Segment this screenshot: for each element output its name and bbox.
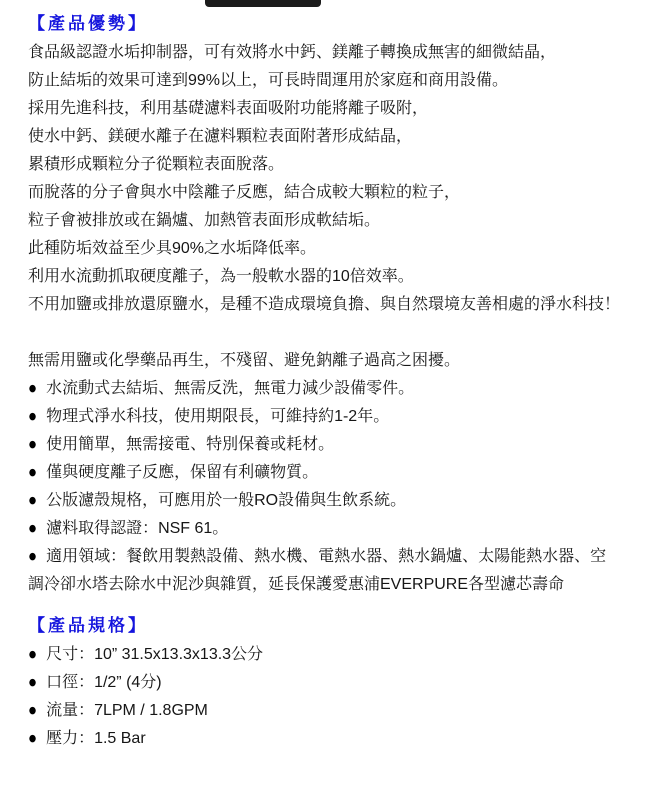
advantages-header: 【產品優勢】 [28, 9, 626, 39]
specs-bullet-list: ●尺寸：10” 31.5x13.3x13.3公分 ●口徑：1/2” (4分) ●… [28, 641, 626, 753]
bullet-icon: ● [28, 543, 37, 571]
text-line: 而脫落的分子會與水中陰離子反應，結合成較大顆粒的粒子， [28, 179, 626, 207]
bullet-text: 濾料取得認證：NSF 61。 [46, 520, 228, 537]
list-item: ●公版濾殼規格，可應用於一般RO設備與生飲系統。 [28, 487, 626, 515]
text-line: 使水中鈣、鎂硬水離子在濾料顆粒表面附著形成結晶， [28, 123, 626, 151]
text-line: 防止結垢的效果可達到99%以上，可長時間運用於家庭和商用設備。 [28, 67, 626, 95]
bullet-icon: ● [28, 459, 37, 487]
bullet-text: 使用簡單，無需接電、特別保養或耗材。 [46, 436, 334, 453]
bullet-icon: ● [28, 641, 37, 669]
text-line: 粒子會被排放或在鍋爐、加熱管表面形成軟結垢。 [28, 207, 626, 235]
regen-note-line: 無需用鹽或化學藥品再生，不殘留、避免鈉離子過高之困擾。 [28, 347, 626, 375]
text-line: 不用加鹽或排放還原鹽水，是種不造成環境負擔、與自然環境友善相處的淨水科技！ [28, 291, 626, 319]
bullet-icon: ● [28, 515, 37, 543]
bullet-text: 僅與硬度離子反應，保留有利礦物質。 [46, 464, 318, 481]
text-line: 食品級認證水垢抑制器，可有效將水中鈣、鎂離子轉換成無害的細微結晶， [28, 39, 626, 67]
product-description-page: 【產品優勢】 食品級認證水垢抑制器，可有效將水中鈣、鎂離子轉換成無害的細微結晶，… [0, 0, 650, 796]
spec-item: ●尺寸：10” 31.5x13.3x13.3公分 [28, 641, 626, 669]
bullet-icon: ● [28, 403, 37, 431]
spec-item: ●口徑：1/2” (4分) [28, 669, 626, 697]
list-item: ●僅與硬度離子反應，保留有利礦物質。 [28, 459, 626, 487]
list-item: ●適用領域：餐飲用製熱設備、熱水機、電熱水器、熱水鍋爐、太陽能熱水器、空 [28, 543, 626, 571]
advantages-paragraph: 食品級認證水垢抑制器，可有效將水中鈣、鎂離子轉換成無害的細微結晶， 防止結垢的效… [28, 39, 626, 319]
list-item: ●水流動式去結垢、無需反洗，無電力減少設備零件。 [28, 375, 626, 403]
spec-text: 口徑：1/2” (4分) [46, 674, 162, 691]
text-line: 利用水流動抓取硬度離子，為一般軟水器的10倍效率。 [28, 263, 626, 291]
specs-header: 【產品規格】 [28, 611, 626, 641]
bullet-icon: ● [28, 725, 37, 753]
spec-text: 流量：7LPM / 1.8GPM [46, 702, 208, 719]
bullet-icon: ● [28, 487, 37, 515]
text-line: 此種防垢效益至少具90%之水垢降低率。 [28, 235, 626, 263]
list-item: ●使用簡單，無需接電、特別保養或耗材。 [28, 431, 626, 459]
spec-text: 尺寸：10” 31.5x13.3x13.3公分 [46, 646, 263, 663]
bullet-icon: ● [28, 375, 37, 403]
spec-item: ●流量：7LPM / 1.8GPM [28, 697, 626, 725]
advantages-bullet-list: ●水流動式去結垢、無需反洗，無電力減少設備零件。 ●物理式淨水科技，使用期限長，… [28, 375, 626, 599]
bullet-text: 公版濾殼規格，可應用於一般RO設備與生飲系統。 [46, 492, 406, 509]
bullet-icon: ● [28, 669, 37, 697]
bullet-text: 適用領域：餐飲用製熱設備、熱水機、電熱水器、熱水鍋爐、太陽能熱水器、空 [46, 548, 606, 565]
spec-item: ●壓力：1.5 Bar [28, 725, 626, 753]
bullet-text: 水流動式去結垢、無需反洗，無電力減少設備零件。 [46, 380, 414, 397]
spec-text: 壓力：1.5 Bar [46, 730, 146, 747]
list-item: ●濾料取得認證：NSF 61。 [28, 515, 626, 543]
text-line: 累積形成顆粒分子從顆粒表面脫落。 [28, 151, 626, 179]
bullet-icon: ● [28, 697, 37, 725]
bullet-icon: ● [28, 431, 37, 459]
top-cropped-element-edge [205, 0, 321, 7]
text-line: 採用先進科技，利用基礎濾料表面吸附功能將離子吸附， [28, 95, 626, 123]
list-item-continuation: 調冷卻水塔去除水中泥沙與雜質，延長保護愛惠浦EVERPURE各型濾芯壽命 [28, 571, 626, 599]
bullet-text: 物理式淨水科技，使用期限長，可維持約1-2年。 [46, 408, 389, 425]
list-item: ●物理式淨水科技，使用期限長，可維持約1-2年。 [28, 403, 626, 431]
